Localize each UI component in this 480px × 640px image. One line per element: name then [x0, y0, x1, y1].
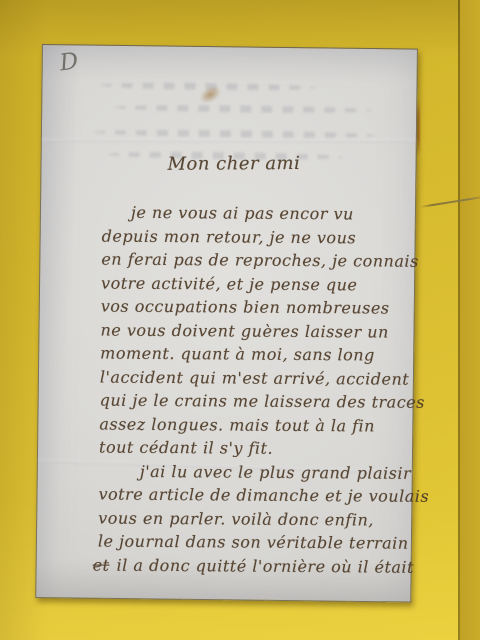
letter-line: vos occupations bien nombreuses	[101, 297, 416, 323]
photo-background: D Mon cher ami je ne vous ai pas encor v…	[0, 0, 480, 640]
letter-paper: D Mon cher ami je ne vous ai pas encor v…	[35, 44, 418, 603]
letter-line: en ferai pas de reproches, je connais	[101, 250, 416, 276]
letter-line: moment. quant à moi, sans long	[100, 344, 415, 370]
ink-showthrough	[94, 129, 376, 139]
letter-line: depuis mon retour, je ne vous	[102, 226, 417, 252]
letter-line: votre activité, et je pense que	[101, 273, 416, 299]
letter-line: vous en parler. voilà donc enfin,	[98, 508, 413, 534]
letter-line: assez longues. mais tout à la fin	[99, 414, 414, 440]
letter-body: je ne vous ai pas encor vu depuis mon re…	[92, 202, 417, 582]
letter-line: le journal dans son véritable terrain	[98, 532, 413, 558]
pencil-mark-d: D	[58, 48, 80, 76]
paper-crease	[42, 139, 416, 143]
letter-line: votre article de dimanche et je voulais	[98, 485, 413, 511]
letter-line-with-strikeout: etil a donc quitté l'ornière où il était	[93, 555, 413, 581]
letter-line: il a donc quitté l'ornière où il était	[116, 555, 414, 576]
letter-line: ne vous doivent guères laisser un	[100, 320, 415, 346]
salutation: Mon cher ami	[167, 153, 300, 175]
letter-line: j'ai lu avec le plus grand plaisir	[140, 461, 414, 486]
folder-edge-strip	[458, 0, 480, 640]
letter-line: je ne vous ai pas encor vu	[131, 203, 417, 228]
letter-line: qui je le crains me laissera des traces	[100, 391, 415, 417]
struck-word: et	[93, 555, 110, 574]
ink-showthrough	[114, 104, 372, 114]
letter-line: l'accident qui m'est arrivé, accident	[100, 367, 415, 393]
letter-line: tout cédant il s'y fit.	[99, 438, 414, 464]
